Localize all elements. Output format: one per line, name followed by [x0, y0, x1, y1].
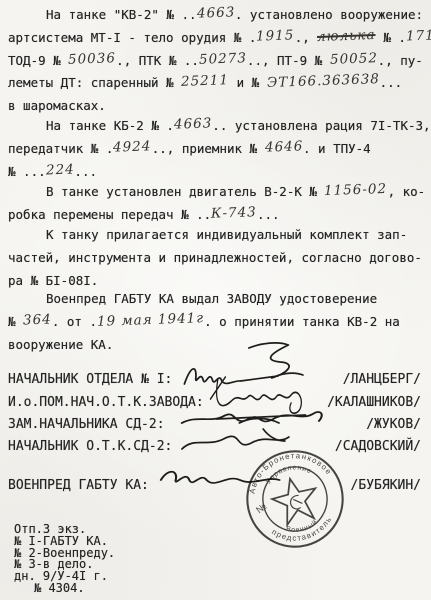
signature-ink	[182, 419, 289, 450]
handwritten-number: 4924	[113, 135, 152, 159]
doc-line: леметы ДТ: спаренный № 25211 и № ЭТ166.3…	[8, 72, 429, 95]
signature-label: НАЧАЛЬНИК О.Т.К.СД-2:	[8, 439, 172, 454]
handwritten-number: 364	[23, 308, 53, 332]
typed-text: и №	[229, 75, 267, 90]
doc-line: Военпред ГАБТУ КА выдал ЗАВОДУ удостовер…	[8, 288, 429, 311]
typed-text: робка перемены передач № ..	[8, 207, 211, 222]
document-page: На танке "КВ-2" № ..4663. установлено во…	[0, 0, 431, 600]
handwritten-number: 1156-02	[324, 178, 388, 203]
paragraph-engine: В танке установлен двигатель В-2-К № 115…	[8, 181, 429, 227]
typed-text: № ...	[8, 164, 46, 179]
handwritten-number: К-743	[211, 201, 258, 225]
handwritten-number: 171	[406, 24, 431, 48]
handwritten-number: ЭТ166.363638	[266, 68, 380, 95]
doc-line: передатчик № .4924.., приемник № 4646. и…	[8, 138, 429, 161]
typed-text: леметы ДТ: спаренный №	[8, 75, 181, 90]
doc-line: На танке КБ-2 № .4663.. установлена раци…	[8, 115, 429, 138]
footer-line: № 4304.	[34, 583, 115, 595]
typed-text: . о принятии танка КВ-2 на	[204, 314, 400, 329]
typed-text: ТОД-9 №	[8, 53, 68, 68]
handwritten-number: 50273	[199, 47, 248, 71]
typed-text: ра № БI-08I.	[8, 273, 98, 288]
typed-text: В танке установлен двигатель В-2-К №	[46, 184, 324, 199]
typed-text: К танку прилагается индивидуальный компл…	[46, 227, 407, 242]
handwritten-number: 50036	[68, 47, 117, 71]
doc-line: артсистема МТ-I - тело орудия № .1915., …	[8, 27, 429, 50]
typed-text: № .	[376, 30, 406, 45]
doc-line: К танку прилагается индивидуальный компл…	[8, 224, 429, 247]
typed-text: . от .	[52, 314, 97, 329]
distribution-list: Отп.3 экз. № I-ГАБТУ КА. № 2-Военпреду. …	[14, 524, 115, 595]
typed-text: .,	[295, 30, 318, 45]
signature-name: /БУБЯКИН/	[351, 478, 421, 493]
typed-text: ...	[74, 164, 97, 179]
typed-text: .., приемник №	[152, 141, 265, 156]
typed-text: артсистема МТ-I - тело орудия № .	[8, 30, 256, 45]
typed-text: Военпред ГАБТУ КА выдал ЗАВОДУ удостовер…	[46, 291, 377, 306]
typed-text: вооружение КА.	[8, 337, 113, 352]
doc-line: частей, инструмента и принадлежностей, с…	[8, 247, 429, 270]
handwritten-number: 224	[45, 158, 75, 182]
typed-text: частей, инструмента и принадлежностей, с…	[8, 250, 422, 265]
handwritten-number: 1915	[256, 24, 295, 48]
signature-label: ВОЕНПРЕД ГАБТУ КА:	[8, 478, 149, 493]
paragraph-armament: На танке "КВ-2" № ..4663. установлено во…	[8, 4, 429, 118]
paragraph-radio: На танке КБ-2 № .4663.. установлена раци…	[8, 115, 429, 183]
typed-text: На танке "КВ-2" № ..	[46, 7, 197, 22]
typed-text: ., ПТК № ..	[116, 53, 199, 68]
typed-text: №	[8, 314, 23, 329]
handwritten-number: 4646	[264, 135, 303, 159]
signature-label: ЗАМ.НАЧАЛЬНИКА СД-2:	[8, 417, 165, 432]
hammer-sickle-icon	[289, 495, 303, 511]
doc-line: В танке установлен двигатель В-2-К № 115…	[8, 181, 429, 204]
typed-text: На танке КБ-2 № .	[46, 118, 174, 133]
typed-text: .. установлена рация 7I-ТК-3,	[212, 118, 430, 133]
struck-word: люлька	[317, 24, 376, 49]
handwritten-number: 25211	[181, 70, 230, 94]
typed-text: . установлено вооружение:	[235, 7, 423, 22]
paragraph-spares: К танку прилагается индивидуальный компл…	[8, 224, 429, 292]
handwritten-date: 19 мая 1941г	[97, 307, 205, 334]
doc-line: № 364. от .19 мая 1941г. о принятии танк…	[8, 311, 429, 334]
typed-text: в шаромасках.	[8, 98, 106, 113]
signature-name: /ЖУКОВ/	[366, 417, 421, 432]
signature-label: НАЧАЛЬНИК ОТДЕЛА № I:	[8, 372, 172, 387]
typed-text: . и ТПУ-4	[303, 141, 371, 156]
handwritten-number: 4663	[174, 112, 213, 136]
handwritten-number: 4663	[196, 1, 235, 25]
typed-text: ., пу-	[378, 53, 423, 68]
typed-text: , ко-	[388, 184, 426, 199]
typed-text: ...	[257, 207, 280, 222]
typed-text: ...	[380, 75, 403, 90]
typed-text: .., ПТ-9 №	[247, 53, 330, 68]
signature-row-bubyakin: ВОЕНПРЕД ГАБТУ КА: /БУБЯКИН/	[8, 474, 421, 496]
typed-text: передатчик № .	[8, 141, 113, 156]
